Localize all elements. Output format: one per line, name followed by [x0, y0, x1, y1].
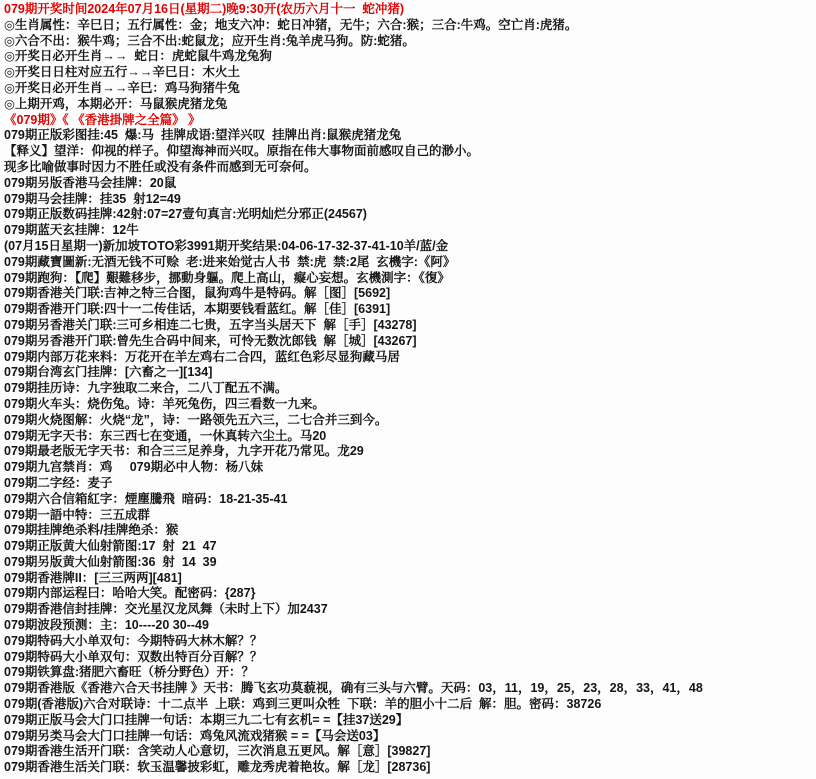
document-lines: 079期开奖时间2024年07月16日(星期二)晚9:30开(农历六月十一 蛇冲…	[4, 2, 816, 776]
text-line: 079期九宫禁肖：鸡 079期必中人物：杨八妹	[4, 460, 816, 476]
text-line: 079期火烧图解：火烧“龙”，诗：一路领先五六三，二七合并三到今。	[4, 413, 816, 429]
text-line: 079期一語中特：三五成群	[4, 508, 816, 524]
text-line: 079期香港生活开门联：含笑动人心意切，三次消息五更风。解［意］[39827]	[4, 744, 816, 760]
text-line: 079期正版马会大门口挂牌一句话：本期三九二七有玄机= =【挂37送29】	[4, 713, 816, 729]
text-line: 079期内部运程曰：哈哈大笑。配密码：{287}	[4, 586, 816, 602]
text-line: 079期香港信封挂牌：交光星汉龙凤舞（未时上下）加2437	[4, 602, 816, 618]
text-line: 079期另类马会大门口挂牌一句话：鸡兔风流戏猪猴 = =【马会送03】	[4, 729, 816, 745]
text-line: 079期马会挂牌：挂35 射12=49	[4, 192, 816, 208]
text-line: 079期另版黄大仙射箭图:36 射 14 39	[4, 555, 816, 571]
text-line: 079期开奖时间2024年07月16日(星期二)晚9:30开(农历六月十一 蛇冲…	[4, 2, 816, 18]
text-line: 079期波段预测：主：10----20 30--49	[4, 618, 816, 634]
text-line: ◎开奖日必开生肖→→辛巳：鸡马狗猪牛兔	[4, 81, 816, 97]
text-line: 079期二字经：麦子	[4, 476, 816, 492]
text-line: 079期另版香港马会挂牌：20鼠	[4, 176, 816, 192]
text-line: 079期香港开门联:四十一二传佳话，本期要钱看蓝红。解［佳］[6391]	[4, 302, 816, 318]
text-line: 079期六合信箱紅字：煙塵騰飛 暗码：18-21-35-41	[4, 492, 816, 508]
text-line: 079期香港版《香港六合天书挂牌 》天书：腾飞玄功莫藐视，确有三头与六臂。天码：…	[4, 681, 816, 697]
text-line: 079期火车头：烧伤兔。诗：羊死兔伤，四三看数一九来。	[4, 397, 816, 413]
text-line: 079期(香港版)六合对联诗：十二点半 上联：鸡到三更叫众牲 下联：羊的胆小十二…	[4, 697, 816, 713]
text-line: 079期跑狗：【爬】艱難移步，挪動身軀。爬上高山，癡心妄想。玄機測字：《復》	[4, 271, 816, 287]
text-line: 079期挂历诗：九字独取二来合，二八丁配五不满。	[4, 381, 816, 397]
text-line: 079期特码大小单双句：双数出特百分百解？？	[4, 650, 816, 666]
text-line: 079期藏寶圖新:无酒无钱不可赊 老:进来始觉古人书 禁:虎 禁:2尾 玄機字:…	[4, 255, 816, 271]
text-line: 【释义】望洋：仰视的样子。仰望海神而兴叹。原指在伟大事物面前感叹自己的渺小。	[4, 144, 816, 160]
text-line: 079期另香港关门联:三可乡相连二七贵，五字当头居天下 解［手］[43278]	[4, 318, 816, 334]
text-line: ◎上期开鸡，本期必开：马鼠猴虎猪龙兔	[4, 97, 816, 113]
text-line: 079期无字天书：东三西七在变通，一休真转六尘土。马20	[4, 429, 816, 445]
text-line: 079期正版黄大仙射箭图:17 射 21 47	[4, 539, 816, 555]
text-line: 079期挂牌绝杀料/挂牌绝杀：猴	[4, 523, 816, 539]
text-line: 079期正版数码挂牌:42射:07=27壹句真言:光明灿烂分邪正(24567)	[4, 207, 816, 223]
text-line: 079期内部万花来料：万花开在羊左鸡右二合四，蓝红色彩尽显狗藏马居	[4, 350, 816, 366]
text-line: 079期蓝天玄挂牌：12牛	[4, 223, 816, 239]
text-line: 079期香港牌II：[三三两两][481]	[4, 571, 816, 587]
text-line: ◎六合不出：猴牛鸡；三合不出:蛇鼠龙；应开生肖:兔羊虎马狗。防:蛇猪。	[4, 34, 816, 50]
lottery-tips-document: 079期开奖时间2024年07月16日(星期二)晚9:30开(农历六月十一 蛇冲…	[0, 0, 816, 779]
text-line: 079期另香港开门联:曾先生合码中间来，可怜无数沈郎钱 解［城］[43267]	[4, 334, 816, 350]
text-line: ◎开奖日日柱对应五行→→辛巳日：木火土	[4, 65, 816, 81]
text-line: 079期正版彩图挂:45 爆:马 挂牌成语:望洋兴叹 挂牌出肖:鼠猴虎猪龙兔	[4, 128, 816, 144]
text-line: ◎开奖日必开生肖→→ 蛇日：虎蛇鼠牛鸡龙兔狗	[4, 49, 816, 65]
text-line: 现多比喻做事时因力不胜任或没有条件而感到无可奈何。	[4, 160, 816, 176]
text-line: 079期铁算盘:猪肥六畜旺（桥分野色）开：？	[4, 665, 816, 681]
text-line: 079期香港关门联:吉神之特三合图，鼠狗鸡牛是特码。解［图］[5692]	[4, 286, 816, 302]
text-line: (07月15日星期一)新加坡TOTO彩3991期开奖结果:04-06-17-32…	[4, 239, 816, 255]
text-line: 079期最老版无字天书：和合三三足养身，九字开花乃常见。龙29	[4, 444, 816, 460]
text-line: 079期特码大小单双句：今期特码大林木解？？	[4, 634, 816, 650]
text-line: 《079期》《 《香港掛牌之全篇》 》	[4, 113, 816, 129]
text-line: ◎生肖属性：辛巳日；五行属性：金；地支六冲：蛇日冲猪，无牛；六合:猴；三合:牛鸡…	[4, 18, 816, 34]
text-line: 079期台湾玄门挂牌：[六畜之一][134]	[4, 365, 816, 381]
text-line: 079期香港生活关门联：软玉温馨披彩虹，雕龙秀虎着艳妆。解［龙］[28736]	[4, 760, 816, 776]
